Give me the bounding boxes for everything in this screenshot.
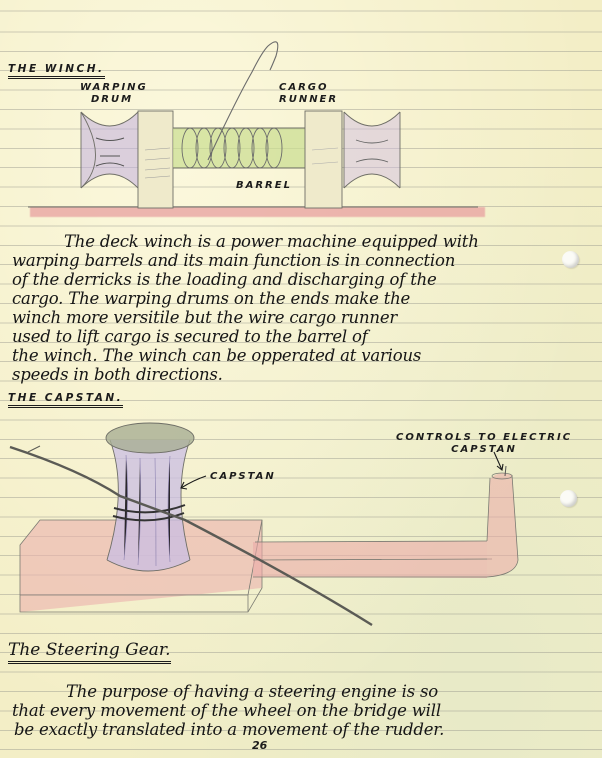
warping-drum-right (344, 112, 400, 188)
label-cargo-runner: CARGO RUNNER (279, 82, 338, 106)
label-controls-line1: CONTROLS TO ELECTRIC (396, 432, 572, 444)
steering-gear-heading: The Steering Gear. (8, 640, 171, 664)
winch-barrel (173, 128, 305, 168)
winch-line-7: the winch. The winch can be opperated at… (12, 346, 421, 365)
winch-line-1: The deck winch is a power machine equipp… (64, 232, 479, 251)
label-cargo-runner-line2: RUNNER (279, 94, 338, 106)
steering-line-2: that every movement of the wheel on the … (12, 701, 441, 720)
label-cargo-runner-line1: CARGO (279, 82, 338, 94)
label-warping-drum-line2: DRUM (80, 94, 148, 106)
label-warping-drum: WARPING DRUM (80, 82, 148, 106)
winch-line-6: used to lift cargo is secured to the bar… (12, 327, 368, 346)
steering-line-1: The purpose of having a steering engine … (66, 682, 438, 701)
winch-line-8: speeds in both directions. (12, 365, 223, 384)
winch-deck-base (30, 207, 485, 217)
label-controls: CONTROLS TO ELECTRIC CAPSTAN (396, 432, 572, 456)
label-barrel: BARREL (236, 180, 292, 192)
label-warping-drum-line1: WARPING (80, 82, 148, 94)
label-controls-line2: CAPSTAN (396, 444, 572, 456)
winch-heading: THE WINCH. (8, 63, 105, 79)
winch-line-3: of the derricks is the loading and disch… (12, 270, 437, 289)
steering-line-3: be exactly translated into a movement of… (14, 720, 444, 739)
winch-line-4: cargo. The warping drums on the ends mak… (12, 289, 410, 308)
capstan-heading: THE CAPSTAN. (8, 392, 123, 408)
label-capstan: CAPSTAN (210, 471, 276, 483)
page-number: 26 (252, 739, 267, 752)
notebook-page: THE WINCH. WARPING DRUM CARGO RUNNER BAR… (0, 0, 602, 758)
winch-line-2: warping barrels and its main function is… (12, 251, 455, 270)
winch-line-5: winch more versitile but the wire cargo … (12, 308, 397, 327)
